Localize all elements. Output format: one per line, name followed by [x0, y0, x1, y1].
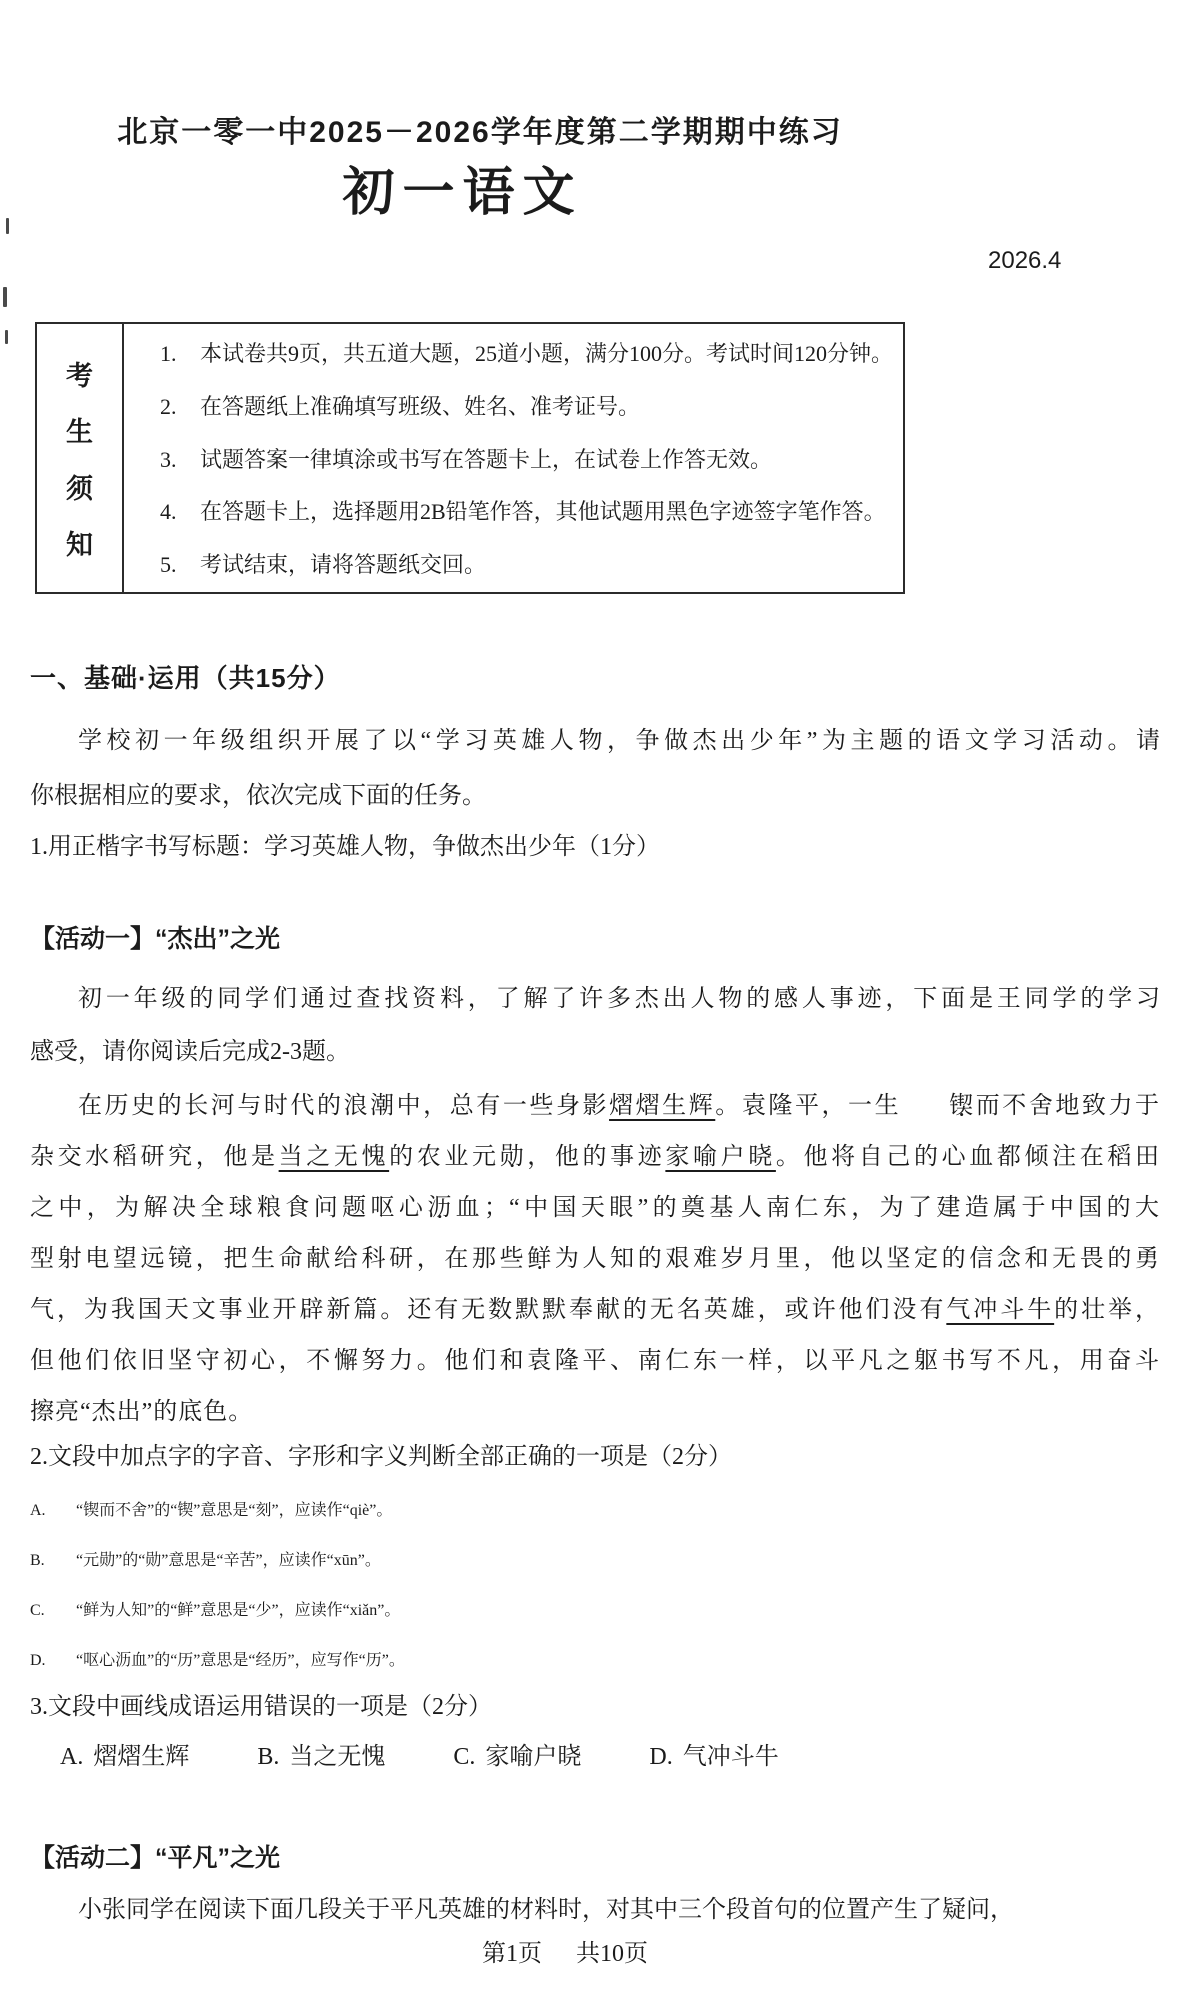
- notice-item: 4. 在答题卡上，选择题用2B铅笔作答，其他试题用黑色字迹签字笔作答。: [160, 498, 895, 525]
- passage-text: 之中，为解决全球粮食问题呕心: [30, 1195, 427, 1221]
- question-3-options: A.熠熠生辉 B.当之无愧 C.家喻户晓 D.气冲斗牛: [60, 1740, 1160, 1774]
- page-total: 共10页: [576, 1941, 648, 1967]
- subject-title: 初一语文: [0, 160, 925, 226]
- page-number: 第1页: [482, 1941, 542, 1967]
- activity-1-intro: 初一年级的同学们通过查找资料，了解了许多杰出人物的感人事迹，下面是王同学的学习 …: [0, 973, 1190, 1079]
- option-label: D.: [30, 1636, 76, 1686]
- passage-text: 。袁隆平，一生: [715, 1093, 901, 1119]
- notice-side-char: 考: [66, 354, 93, 393]
- option-row: A.熠熠生辉: [60, 1740, 189, 1774]
- passage-line: 气，为我国天文事业开辟新篇。还有无数默默奉献的无名英雄，或许他们没有气冲斗牛的壮…: [30, 1285, 1160, 1336]
- passage-text: 杂交水稻研究，他是: [30, 1144, 279, 1170]
- option-label: C.: [453, 1740, 475, 1774]
- passage-line: 杂交水稻研究，他是当之无愧的农业元勋，他的事迹家喻户晓。他将自己的心血都倾注在稻…: [30, 1132, 1160, 1183]
- option-text: “鲜为人知”的“鲜”意思是“少”，应读作“xiǎn”。: [76, 1586, 400, 1636]
- passage-text: 型射电望远镜，把生命献给科研，在那些: [30, 1246, 527, 1272]
- question-2-stem: 2.文段中加点字的字音、字形和字义判断全部正确的一项是（2分）: [30, 1440, 1160, 1474]
- item-number: 3.: [160, 446, 200, 473]
- option-text: “锲而不舍”的“锲”意思是“刻”，应读作“qiè”。: [76, 1486, 392, 1536]
- school-header-line: 北京一零一中2025－2026学年度第二学期期中练习: [0, 112, 960, 154]
- passage-text: 气，为我国天文事业开辟新篇。还有无数默默奉献的无名英雄，或许他们没有: [30, 1297, 946, 1323]
- notice-side-char: 生: [66, 410, 93, 449]
- notice-item: 2. 在答题纸上准确填写班级、姓名、准考证号。: [160, 393, 895, 420]
- scan-artifact: [3, 287, 7, 307]
- passage-line: 在历史的长河与时代的浪潮中，总有一些身影熠熠生辉。袁隆平，一生锲而不舍地致力于: [30, 1081, 1160, 1132]
- notice-item: 1. 本试卷共9页，共五道大题，25道小题，满分100分。考试时间120分钟。: [160, 340, 895, 367]
- option-row: B.当之无愧: [257, 1740, 385, 1774]
- option-row: D. “呕心沥血”的“历”意思是“经历”，应写作“历”。: [30, 1636, 1190, 1686]
- passage-text: 为人知的艰难岁月里，他以坚定的信念和无畏的勇: [552, 1246, 1160, 1272]
- item-text: 试题答案一律填涂或书写在答题卡上，在试卷上作答无效。: [200, 446, 772, 473]
- task-1: 1.用正楷字书写标题：学习英雄人物，争做杰出少年（1分）: [30, 830, 1160, 864]
- intro-line: 你根据相应的要求，依次完成下面的任务。: [30, 769, 1160, 824]
- passage-text: ，他的事迹: [525, 1144, 666, 1170]
- notice-item: 3. 试题答案一律填涂或书写在答题卡上，在试卷上作答无效。: [160, 446, 895, 473]
- option-label: A.: [60, 1740, 83, 1774]
- option-label: D.: [649, 1740, 672, 1774]
- exam-date: 2026.4: [988, 247, 1061, 275]
- reading-passage: 在历史的长河与时代的浪潮中，总有一些身影熠熠生辉。袁隆平，一生锲而不舍地致力于 …: [0, 1081, 1190, 1438]
- notice-side-label: 考 生 须 知: [37, 324, 124, 592]
- passage-line: 型射电望远镜，把生命献给科研，在那些鲜为人知的艰难岁月里，他以坚定的信念和无畏的…: [30, 1234, 1160, 1285]
- page-footer: 第1页 共10页: [0, 1937, 1130, 1971]
- option-label: A.: [30, 1486, 76, 1536]
- passage-text: 的农业元: [389, 1144, 500, 1170]
- item-number: 4.: [160, 498, 200, 525]
- passage-line: 但他们依旧坚守初心，不懈努力。他们和袁隆平、南仁东一样，以平凡之躯书写不凡，用奋…: [30, 1336, 1160, 1387]
- option-text: 熠熠生辉: [93, 1740, 189, 1774]
- option-row: D.气冲斗牛: [649, 1740, 778, 1774]
- dotted-char: 沥: [427, 1183, 452, 1234]
- underlined-idiom: 气冲斗牛: [946, 1297, 1054, 1323]
- passage-text: 。他将自己的心血都倾注在稻田: [776, 1144, 1160, 1170]
- passage-text: 血；“中国天眼”的奠基人南仁东，为了建造属于中国的大: [452, 1195, 1160, 1221]
- section-1-intro: 学校初一年级组织开展了以“学习英雄人物，争做杰出少年”为主题的语文学习活动。请 …: [0, 714, 1190, 824]
- section-1-heading: 一、基础·运用（共15分）: [30, 660, 1190, 696]
- option-text: “元勋”的“勋”意思是“辛苦”，应读作“xūn”。: [76, 1536, 381, 1586]
- notice-item-list: 1. 本试卷共9页，共五道大题，25道小题，满分100分。考试时间120分钟。 …: [124, 324, 903, 592]
- option-row: C.家喻户晓: [453, 1740, 581, 1774]
- passage-text: 而不舍地致力于: [974, 1093, 1160, 1119]
- option-text: 当之无愧: [289, 1740, 385, 1774]
- underlined-idiom: 家喻户晓: [665, 1144, 776, 1170]
- option-label: B.: [30, 1536, 76, 1586]
- item-number: 2.: [160, 393, 200, 420]
- scan-artifact: [5, 330, 8, 344]
- item-text: 在答题纸上准确填写班级、姓名、准考证号。: [200, 393, 640, 420]
- intro-line: 初一年级的同学们通过查找资料，了解了许多杰出人物的感人事迹，下面是王同学的学习: [30, 973, 1160, 1026]
- passage-text: 在历史的长河与时代的浪潮中，总有一些身影: [78, 1093, 609, 1119]
- option-label: C.: [30, 1586, 76, 1636]
- exam-paper-page: 北京一零一中2025－2026学年度第二学期期中练习 初一语文 2026.4 考…: [0, 0, 1190, 2000]
- activity-2-heading: 【活动二】“平凡”之光: [30, 1841, 1160, 1875]
- passage-line: 之中，为解决全球粮食问题呕心沥血；“中国天眼”的奠基人南仁东，为了建造属于中国的…: [30, 1183, 1160, 1234]
- activity-2-intro: 小张同学在阅读下面几段关于平凡英雄的材料时，对其中三个段首句的位置产生了疑问，: [30, 1893, 1160, 1927]
- activity-1-heading: 【活动一】“杰出”之光: [30, 922, 1160, 956]
- option-label: B.: [257, 1740, 279, 1774]
- passage-text: 的壮举，: [1054, 1297, 1160, 1323]
- option-text: 气冲斗牛: [683, 1740, 779, 1774]
- passage-text: 擦亮“杰出”的底色。: [30, 1399, 253, 1425]
- scan-artifact: [6, 218, 9, 234]
- item-number: 5.: [160, 551, 200, 578]
- dotted-char: 鲜: [527, 1234, 552, 1285]
- notice-side-char: 知: [66, 523, 93, 562]
- dotted-char: 锲: [901, 1081, 974, 1132]
- item-text: 本试卷共9页，共五道大题，25道小题，满分100分。考试时间120分钟。: [200, 340, 893, 367]
- question-2-options: A. “锲而不舍”的“锲”意思是“刻”，应读作“qiè”。 B. “元勋”的“勋…: [0, 1486, 1190, 1686]
- option-row: A. “锲而不舍”的“锲”意思是“刻”，应读作“qiè”。: [30, 1486, 1190, 1536]
- notice-side-char: 须: [66, 467, 93, 506]
- item-text: 考试结束，请将答题纸交回。: [200, 551, 486, 578]
- option-row: C. “鲜为人知”的“鲜”意思是“少”，应读作“xiǎn”。: [30, 1586, 1190, 1636]
- item-text: 在答题卡上，选择题用2B铅笔作答，其他试题用黑色字迹签字笔作答。: [200, 498, 886, 525]
- option-text: “呕心沥血”的“历”意思是“经历”，应写作“历”。: [76, 1636, 405, 1686]
- underlined-idiom: 当之无愧: [279, 1144, 390, 1170]
- dotted-char: 勋: [500, 1132, 525, 1183]
- item-number: 1.: [160, 340, 200, 367]
- intro-line: 感受，请你阅读后完成2-3题。: [30, 1026, 1160, 1079]
- underlined-idiom: 熠熠生辉: [609, 1093, 715, 1119]
- passage-text: 但他们依旧坚守初心，不懈努力。他们和袁隆平、南仁东一样，以平凡之躯书写不凡，用奋…: [30, 1348, 1160, 1374]
- intro-line: 学校初一年级组织开展了以“学习英雄人物，争做杰出少年”为主题的语文学习活动。请: [30, 714, 1160, 769]
- option-text: 家喻户晓: [485, 1740, 581, 1774]
- passage-line: 擦亮“杰出”的底色。: [30, 1387, 1160, 1438]
- question-3-stem: 3.文段中画线成语运用错误的一项是（2分）: [30, 1690, 1160, 1724]
- option-row: B. “元勋”的“勋”意思是“辛苦”，应读作“xūn”。: [30, 1536, 1190, 1586]
- notice-item: 5. 考试结束，请将答题纸交回。: [160, 551, 895, 578]
- candidate-notice-box: 考 生 须 知 1. 本试卷共9页，共五道大题，25道小题，满分100分。考试时…: [35, 322, 905, 594]
